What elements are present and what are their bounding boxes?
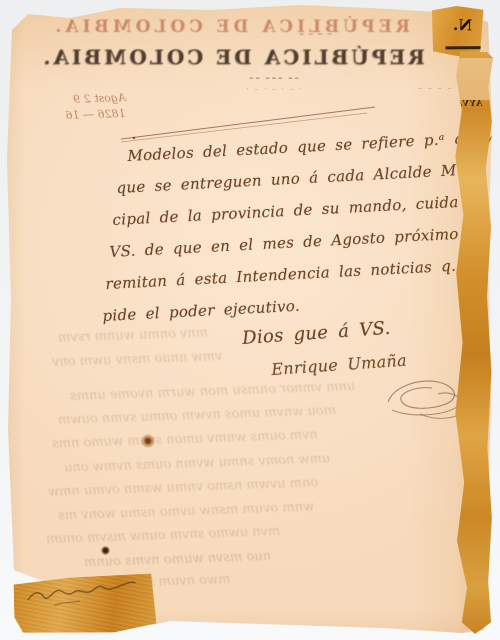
body-line: VS. de que en el mes de Agosto próximo — [109, 225, 459, 261]
body-line: remitan á esta Intendencia las noticias … — [105, 257, 456, 293]
bleedthrough-script-line: wnm ovum msnw uvmo nsmu wonv ms — [58, 500, 315, 524]
bleedthrough-script-line: mnv onmu wunm rsvm — [58, 325, 209, 345]
bleedthrough-script-line: mvn uwmo snvm ounw msvm onum — [46, 524, 281, 547]
closing-salutation: Dios gue á VS. — [242, 318, 392, 349]
tape-print-n-mark: N. — [452, 16, 472, 35]
letterhead-ghost-title-dark: REPÚBLICA DE COLOMBIA. — [95, 45, 425, 69]
document-paper: REPÚBLICA DE COLOMBIA. ‒ ‒ ‒ ‒ REPÚBLICA… — [0, 0, 500, 640]
bleedthrough-script-line: mou wnvm umos nvwm onmu svmn ouwm — [58, 403, 336, 428]
bleedthrough-script-line: unm vmnor onmsu mon wurm nvome unms — [70, 379, 356, 404]
bleedthrough-script-line: umw nomv snmu wvmn oums nvmw onu — [64, 451, 331, 475]
letterhead-ghost-title-faded: REPÚBLICA DE COLOMBIA. — [100, 17, 410, 37]
body-line: pide el poder ejecutivo. — [102, 297, 300, 325]
tape-patch-bottom-left — [13, 574, 156, 635]
letterhead-ghost-rule: ‒ ‒ ‒ ‒ — [290, 29, 340, 38]
bleedthrough-script-line: nvm oums wnmv umon svnm wumo nms — [52, 427, 318, 451]
document-photo: REPÚBLICA DE COLOMBIA. ‒ ‒ ‒ ‒ REPÚBLICA… — [0, 0, 500, 640]
letterhead-ghost-subline-1: ‒‒ ‒‒‒ ‒‒ — [218, 75, 328, 82]
tape-piece-top-right: N. — [427, 5, 484, 56]
body-line: cipal de la provincia de su mando, cuida — [112, 193, 459, 229]
bleedthrough-script-line: nuo msvn wumo nvms ounm — [84, 549, 272, 571]
bleedthrough-script-line: onm uvwm nsmo vnmu wsmn ovmu nmw — [48, 475, 319, 499]
tape-print-rule — [446, 46, 486, 49]
letterhead-ghost-subline-2: · ‒ · ‒ · ‒ · — [208, 86, 338, 93]
ink-stain-dot — [141, 434, 155, 448]
scribble-through-tape — [24, 580, 149, 611]
small-speck — [224, 626, 229, 630]
bleedthrough-script-line: vmw nnuo msnv uwm onv — [52, 349, 223, 370]
dark-stain-dot — [101, 546, 110, 555]
